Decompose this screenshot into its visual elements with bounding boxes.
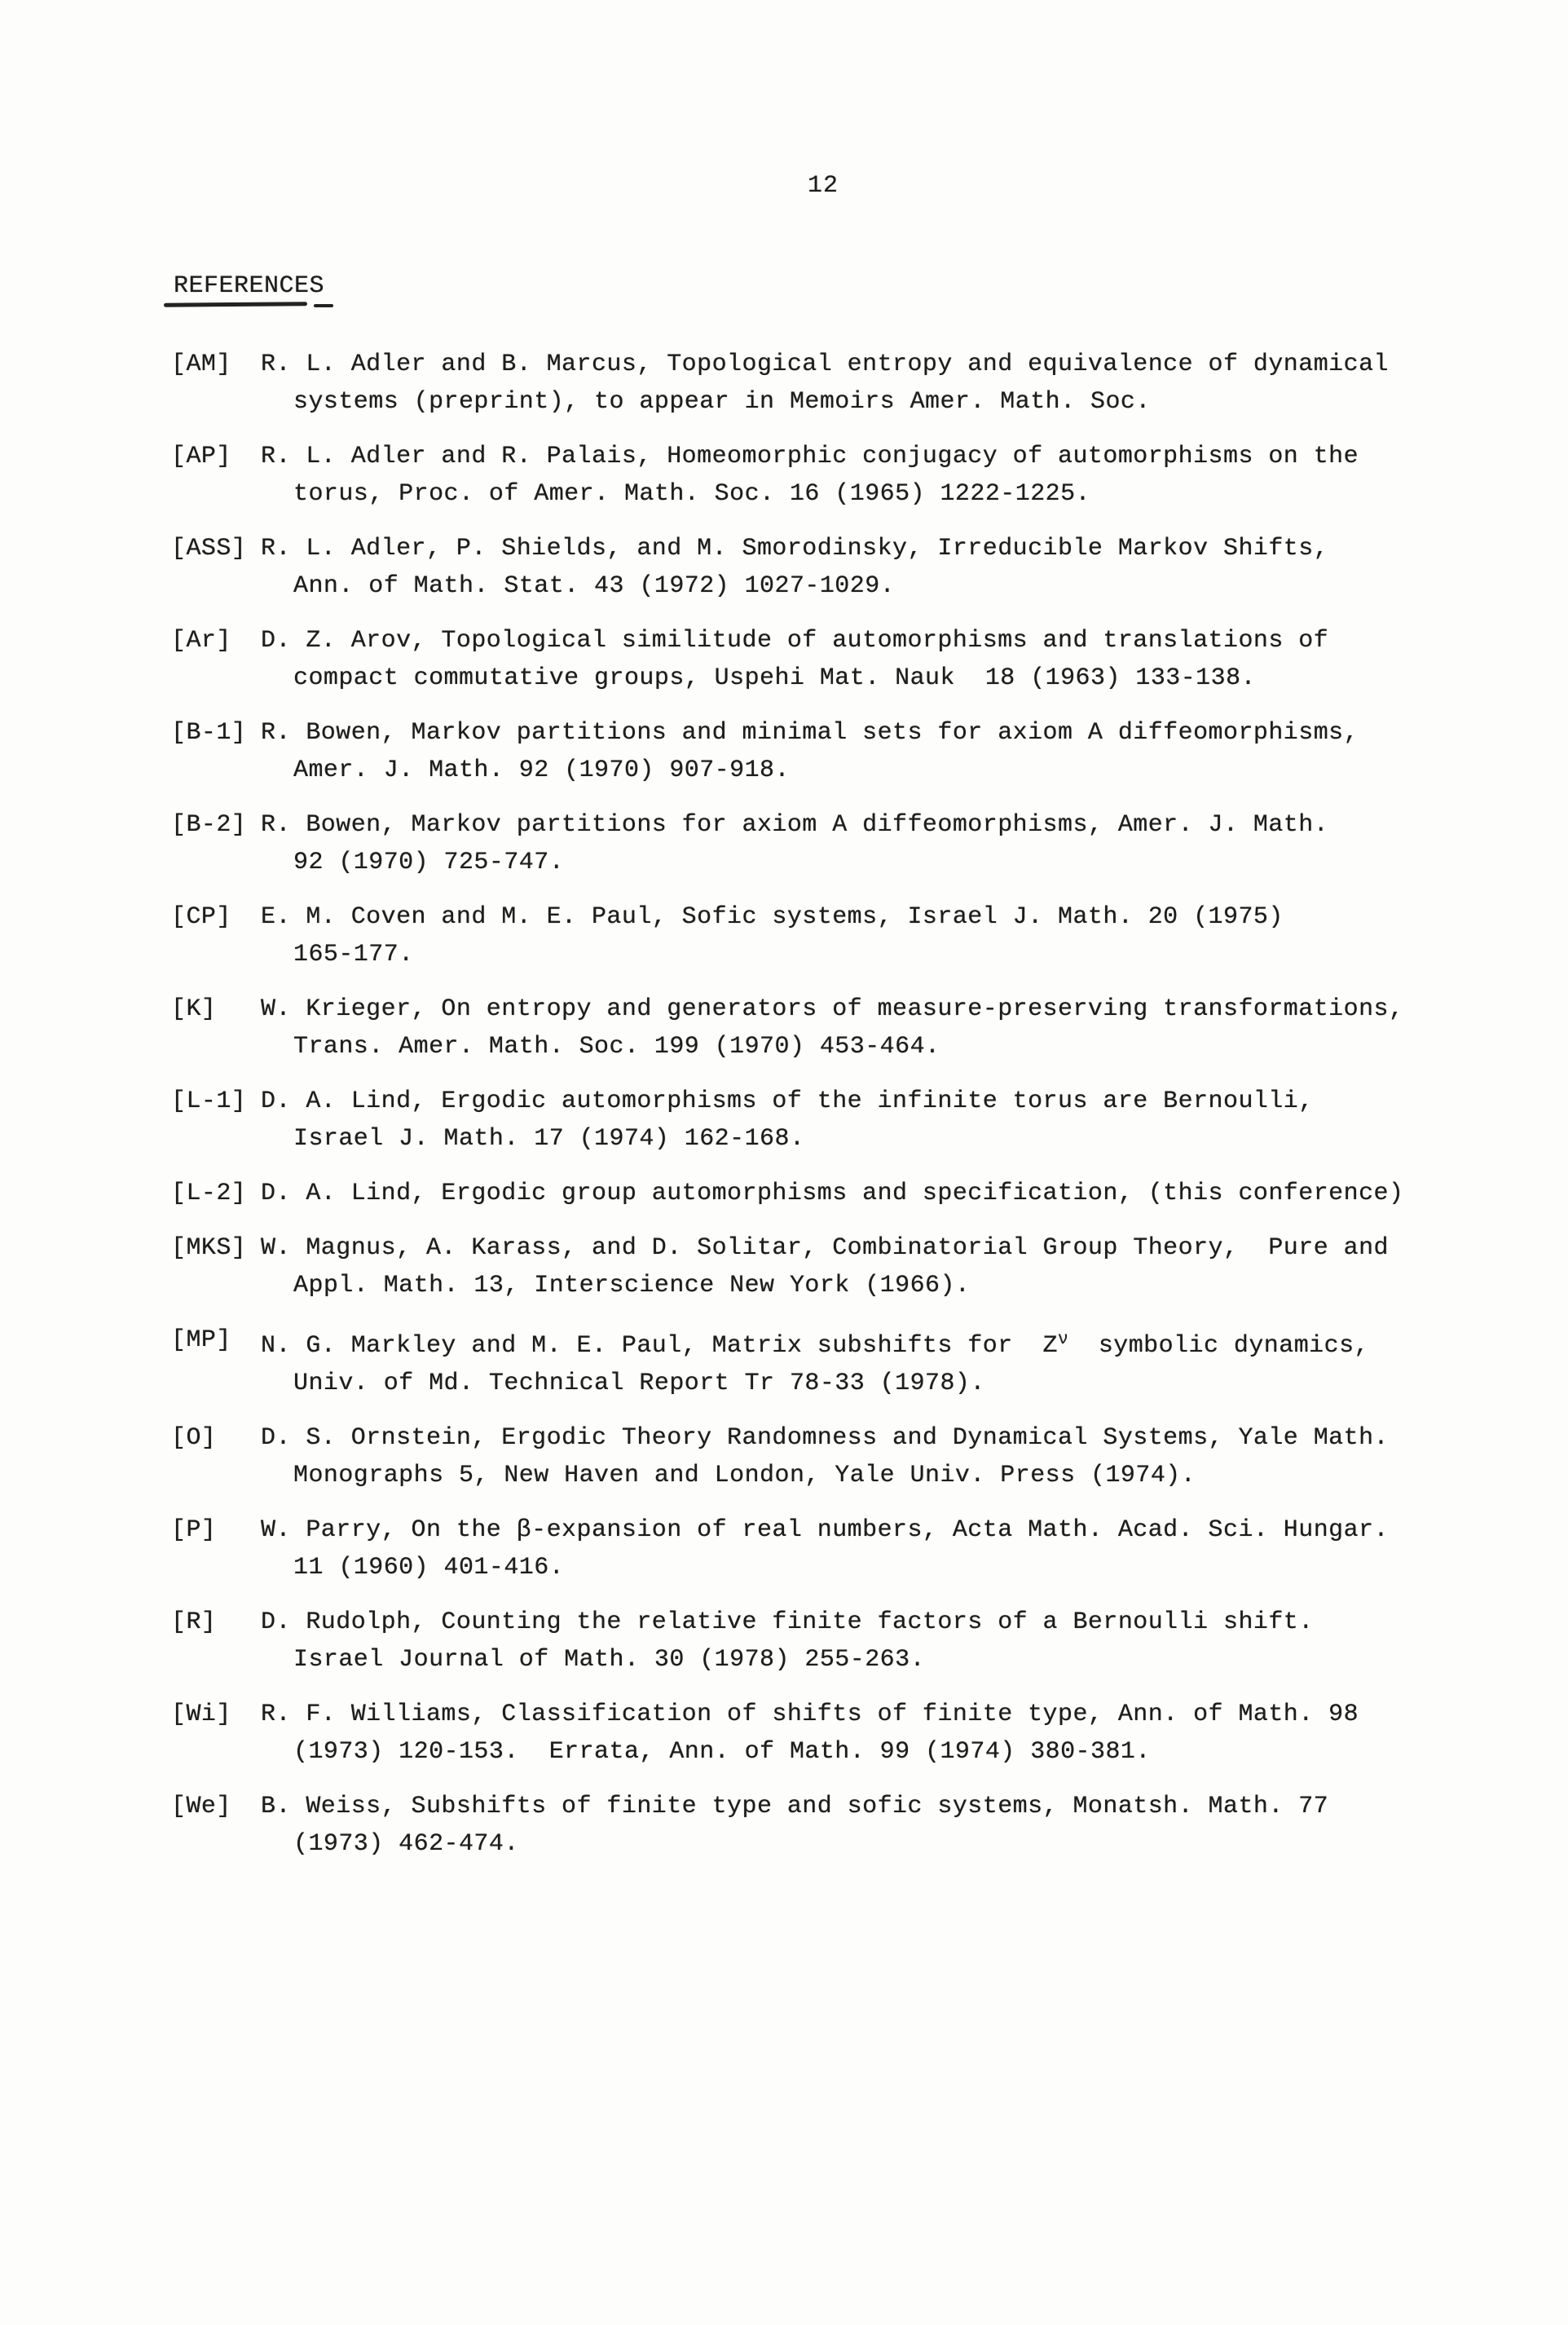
reference-line-continuation: compact commutative groups, Uspehi Mat. … (261, 660, 1459, 697)
reference-entry: [MKS]W. Magnus, A. Karass, and D. Solita… (171, 1229, 1459, 1304)
reference-line-continuation: torus, Proc. of Amer. Math. Soc. 16 (196… (261, 475, 1459, 513)
reference-line: D. Z. Arov, Topological similitude of au… (261, 622, 1459, 660)
reference-entry: [Wi]R. F. Williams, Classification of sh… (171, 1696, 1459, 1771)
reference-text: R. L. Adler, P. Shields, and M. Smorodin… (261, 530, 1459, 605)
reference-entry: [We]B. Weiss, Subshifts of finite type a… (171, 1788, 1459, 1863)
reference-line-continuation: Israel J. Math. 17 (1974) 162-168. (261, 1120, 1459, 1158)
reference-label: [L-1] (171, 1083, 246, 1120)
reference-line: R. Bowen, Markov partitions for axiom A … (261, 806, 1459, 844)
reference-label: [We] (171, 1788, 231, 1825)
reference-text: W. Parry, On the β-expansion of real num… (261, 1511, 1459, 1586)
reference-text: R. L. Adler and R. Palais, Homeomorphic … (261, 438, 1459, 513)
reference-text: D. Z. Arov, Topological similitude of au… (261, 622, 1459, 697)
reference-label: [R] (171, 1604, 216, 1641)
reference-line: W. Magnus, A. Karass, and D. Solitar, Co… (261, 1229, 1459, 1267)
reference-line-text: Trans. Amer. Math. Soc. 199 (1970) 453-4… (293, 1033, 940, 1061)
reference-line-text: Ann. of Math. Stat. 43 (1972) 1027-1029. (293, 572, 895, 600)
reference-label: [L-2] (171, 1175, 246, 1212)
reference-line: D. A. Lind, Ergodic group automorphisms … (261, 1175, 1459, 1212)
reference-text: R. F. Williams, Classification of shifts… (261, 1696, 1459, 1771)
reference-line-text: Monographs 5, New Haven and London, Yale… (293, 1462, 1196, 1489)
reference-text: W. Krieger, On entropy and generators of… (261, 990, 1459, 1065)
reference-line-text: W. Parry, On the β-expansion of real num… (261, 1516, 1389, 1544)
reference-entry: [P]W. Parry, On the β-expansion of real … (171, 1511, 1459, 1586)
reference-text: R. Bowen, Markov partitions and minimal … (261, 714, 1459, 789)
reference-line-text: Appl. Math. 13, Interscience New York (1… (293, 1272, 970, 1299)
reference-label: [K] (171, 990, 216, 1028)
reference-label: [MP] (171, 1321, 231, 1359)
reference-line-continuation: (1973) 120-153. Errata, Ann. of Math. 99… (261, 1733, 1459, 1771)
reference-line-text: symbolic dynamics, (1068, 1332, 1369, 1360)
reference-label: [AP] (171, 438, 231, 475)
reference-line-text: (1973) 462-474. (293, 1830, 519, 1858)
reference-line: R. L. Adler and B. Marcus, Topological e… (261, 346, 1459, 383)
reference-line-text: Israel Journal of Math. 30 (1978) 255-26… (293, 1646, 925, 1674)
reference-line-continuation: Monographs 5, New Haven and London, Yale… (261, 1457, 1459, 1494)
reference-line: W. Parry, On the β-expansion of real num… (261, 1511, 1459, 1549)
reference-label: [O] (171, 1419, 216, 1457)
reference-line-text: D. A. Lind, Ergodic automorphisms of the… (261, 1087, 1314, 1115)
references-heading: REFERENCES (174, 272, 324, 300)
reference-line-text: Israel J. Math. 17 (1974) 162-168. (293, 1125, 804, 1153)
reference-line-continuation: Trans. Amer. Math. Soc. 199 (1970) 453-4… (261, 1028, 1459, 1065)
reference-entry: [K]W. Krieger, On entropy and generators… (171, 990, 1459, 1065)
reference-line-continuation: Israel Journal of Math. 30 (1978) 255-26… (261, 1641, 1459, 1679)
reference-entry: [B-2]R. Bowen, Markov partitions for axi… (171, 806, 1459, 881)
reference-line-text: D. A. Lind, Ergodic group automorphisms … (261, 1180, 1403, 1207)
reference-line-continuation: 11 (1960) 401-416. (261, 1549, 1459, 1586)
reference-line-text: torus, Proc. of Amer. Math. Soc. 16 (196… (293, 480, 1090, 508)
reference-text: N. G. Markley and M. E. Paul, Matrix sub… (261, 1321, 1459, 1402)
heading-underline (164, 302, 307, 307)
reference-line: B. Weiss, Subshifts of finite type and s… (261, 1788, 1459, 1825)
reference-line-text: Amer. J. Math. 92 (1970) 907-918. (293, 757, 790, 784)
reference-line: R. F. Williams, Classification of shifts… (261, 1696, 1459, 1733)
reference-entry: [O]D. S. Ornstein, Ergodic Theory Random… (171, 1419, 1459, 1494)
reference-line-continuation: Appl. Math. 13, Interscience New York (1… (261, 1267, 1459, 1304)
reference-entry: [MP]N. G. Markley and M. E. Paul, Matrix… (171, 1321, 1459, 1402)
reference-line-text: R. L. Adler and R. Palais, Homeomorphic … (261, 443, 1359, 470)
reference-label: [ASS] (171, 530, 246, 567)
reference-line: D. Rudolph, Counting the relative finite… (261, 1604, 1459, 1641)
reference-label: [Wi] (171, 1696, 231, 1733)
reference-line-text: W. Magnus, A. Karass, and D. Solitar, Co… (261, 1234, 1389, 1262)
reference-label: [B-2] (171, 806, 246, 844)
reference-line-text: R. F. Williams, Classification of shifts… (261, 1701, 1359, 1728)
reference-line-text: (1973) 120-153. Errata, Ann. of Math. 99… (293, 1738, 1151, 1766)
reference-text: W. Magnus, A. Karass, and D. Solitar, Co… (261, 1229, 1459, 1304)
reference-line-continuation: systems (preprint), to appear in Memoirs… (261, 383, 1459, 421)
reference-label: [Ar] (171, 622, 231, 660)
reference-text: B. Weiss, Subshifts of finite type and s… (261, 1788, 1459, 1863)
reference-list: [AM]R. L. Adler and B. Marcus, Topologic… (171, 346, 1459, 1880)
reference-entry: [B-1]R. Bowen, Markov partitions and min… (171, 714, 1459, 789)
reference-line-continuation: 165-177. (261, 936, 1459, 973)
reference-line: D. A. Lind, Ergodic automorphisms of the… (261, 1083, 1459, 1120)
reference-label: [B-1] (171, 714, 246, 752)
reference-line-text: B. Weiss, Subshifts of finite type and s… (261, 1793, 1328, 1820)
reference-line-text: Univ. of Md. Technical Report Tr 78-33 (… (293, 1370, 985, 1397)
reference-entry: [L-2]D. A. Lind, Ergodic group automorph… (171, 1175, 1459, 1212)
reference-line: N. G. Markley and M. E. Paul, Matrix sub… (261, 1321, 1459, 1365)
reference-entry: [AP]R. L. Adler and R. Palais, Homeomorp… (171, 438, 1459, 513)
superscript-text: ν (1058, 1330, 1068, 1349)
reference-text: D. A. Lind, Ergodic automorphisms of the… (261, 1083, 1459, 1158)
reference-entry: [Ar]D. Z. Arov, Topological similitude o… (171, 622, 1459, 697)
reference-line-text: 92 (1970) 725-747. (293, 849, 564, 876)
reference-line-text: R. Bowen, Markov partitions for axiom A … (261, 811, 1328, 839)
scanned-paper-page: { "page": { "number": "12", "heading": "… (0, 0, 1568, 2325)
reference-line-text: systems (preprint), to appear in Memoirs… (293, 388, 1151, 416)
reference-line-text: 165-177. (293, 941, 414, 968)
reference-text: D. Rudolph, Counting the relative finite… (261, 1604, 1459, 1679)
reference-line-continuation: Univ. of Md. Technical Report Tr 78-33 (… (261, 1365, 1459, 1402)
reference-line-text: D. S. Ornstein, Ergodic Theory Randomnes… (261, 1424, 1389, 1452)
reference-line: R. L. Adler, P. Shields, and M. Smorodin… (261, 530, 1459, 567)
reference-label: [MKS] (171, 1229, 246, 1267)
reference-line-text: E. M. Coven and M. E. Paul, Sofic system… (261, 903, 1284, 931)
reference-entry: [ASS]R. L. Adler, P. Shields, and M. Smo… (171, 530, 1459, 605)
reference-text: E. M. Coven and M. E. Paul, Sofic system… (261, 898, 1459, 973)
reference-line-continuation: Ann. of Math. Stat. 43 (1972) 1027-1029. (261, 567, 1459, 605)
reference-line: R. L. Adler and R. Palais, Homeomorphic … (261, 438, 1459, 475)
reference-label: [P] (171, 1511, 216, 1549)
reference-line-text: D. Z. Arov, Topological similitude of au… (261, 627, 1328, 655)
reference-line-continuation: 92 (1970) 725-747. (261, 844, 1459, 881)
reference-line-text: D. Rudolph, Counting the relative finite… (261, 1608, 1314, 1636)
references-heading-text: REFERENCES (174, 272, 324, 300)
reference-line-continuation: (1973) 462-474. (261, 1825, 1459, 1863)
reference-text: D. A. Lind, Ergodic group automorphisms … (261, 1175, 1459, 1212)
reference-label: [AM] (171, 346, 231, 383)
reference-line-text: 11 (1960) 401-416. (293, 1554, 564, 1582)
reference-entry: [L-1]D. A. Lind, Ergodic automorphisms o… (171, 1083, 1459, 1158)
reference-line: D. S. Ornstein, Ergodic Theory Randomnes… (261, 1419, 1459, 1457)
reference-line-text: R. L. Adler, P. Shields, and M. Smorodin… (261, 535, 1328, 562)
page-number: 12 (808, 172, 839, 200)
reference-entry: [R]D. Rudolph, Counting the relative fin… (171, 1604, 1459, 1679)
reference-line: E. M. Coven and M. E. Paul, Sofic system… (261, 898, 1459, 936)
reference-line-text: W. Krieger, On entropy and generators of… (261, 995, 1403, 1023)
reference-line-text: R. L. Adler and B. Marcus, Topological e… (261, 351, 1389, 378)
heading-underline-dash (314, 304, 333, 307)
reference-line-text: N. G. Markley and M. E. Paul, Matrix sub… (261, 1332, 1058, 1360)
reference-text: R. L. Adler and B. Marcus, Topological e… (261, 346, 1459, 421)
reference-line: W. Krieger, On entropy and generators of… (261, 990, 1459, 1028)
reference-line-continuation: Amer. J. Math. 92 (1970) 907-918. (261, 752, 1459, 789)
reference-line: R. Bowen, Markov partitions and minimal … (261, 714, 1459, 752)
reference-text: R. Bowen, Markov partitions for axiom A … (261, 806, 1459, 881)
reference-entry: [AM]R. L. Adler and B. Marcus, Topologic… (171, 346, 1459, 421)
reference-line-text: R. Bowen, Markov partitions and minimal … (261, 719, 1359, 747)
reference-entry: [CP]E. M. Coven and M. E. Paul, Sofic sy… (171, 898, 1459, 973)
reference-label: [CP] (171, 898, 231, 936)
reference-line-text: compact commutative groups, Uspehi Mat. … (293, 664, 1256, 692)
reference-text: D. S. Ornstein, Ergodic Theory Randomnes… (261, 1419, 1459, 1494)
